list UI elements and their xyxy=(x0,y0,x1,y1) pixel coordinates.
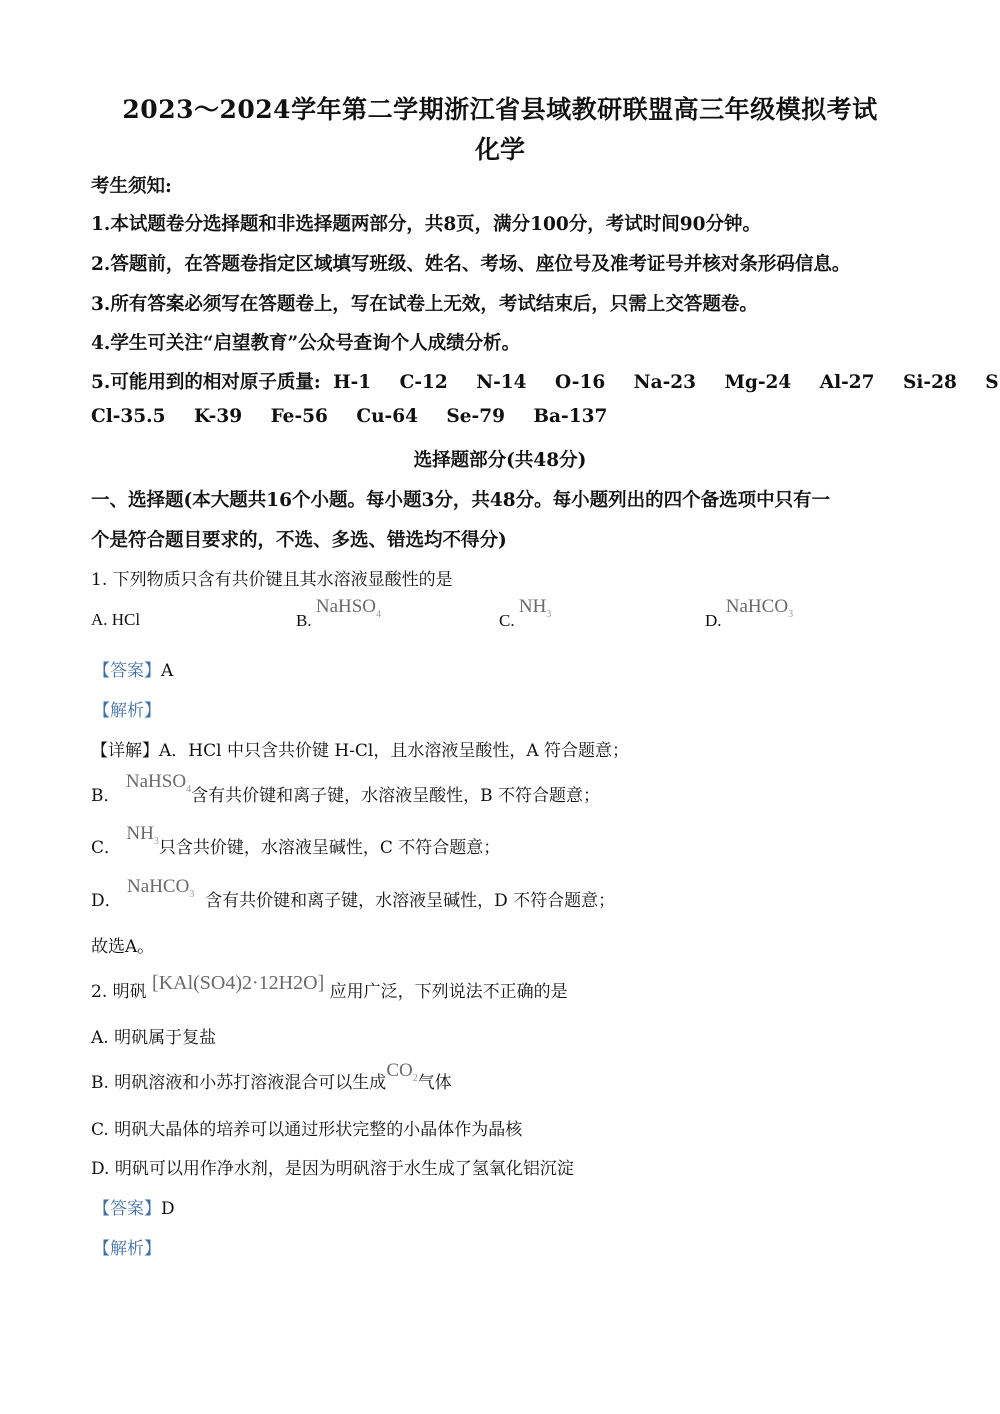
formula: NaHSO4 xyxy=(126,771,191,792)
formula: NaHCO3 xyxy=(127,876,194,897)
q1-detail-d: D． NaHCO3 含有共价键和离子键，水溶液呈碱性，D 不符合题意； xyxy=(91,886,615,914)
q1-stem: 1. 下列物质只含有共价键且其水溶液显酸性的是 xyxy=(91,565,453,590)
formula-text: NaHCO xyxy=(726,596,788,617)
q2-option-a: A. 明矾属于复盐 xyxy=(91,1023,216,1048)
formula-text: NaHCO xyxy=(127,876,189,897)
q1-detail-a: 【详解】A．HCl 中只含共价键 H-Cl，且水溶液呈酸性，A 符合题意； xyxy=(91,736,629,761)
exam-subject: 化学 xyxy=(0,130,1000,166)
answer-tag: 【答案】 xyxy=(93,661,161,681)
q2-answer: 【答案】D xyxy=(93,1194,175,1219)
q1-option-a: A. HCl xyxy=(91,610,140,630)
formula-subscript: 3 xyxy=(788,609,793,620)
formula-subscript: 3 xyxy=(546,609,551,620)
exam-page: 2023～2024学年第二学期浙江省县域教研联盟高三年级模拟考试 化学 考生须知… xyxy=(0,0,1000,1414)
q1-option-b: B. NaHSO4 xyxy=(296,610,381,634)
answer-value: A xyxy=(161,661,173,681)
atomic-mass-item: N-14 xyxy=(476,372,526,393)
q1-option-b-label: B. xyxy=(296,611,312,630)
section-instruction-line-2: 个是符合题目要求的，不选、多选、错选均不得分) xyxy=(91,526,507,552)
notice-item-2: 2.答题前，在答题卷指定区域填写班级、姓名、考场、座位号及准考证号并核对条形码信… xyxy=(91,250,850,276)
q1-option-c: C. NH3 xyxy=(499,610,551,634)
q1-option-d: D. NaHCO3 xyxy=(705,610,793,634)
q2-option-b: B. 明矾溶液和小苏打溶液混合可以生成CO2气体 xyxy=(91,1068,452,1096)
answer-value: D xyxy=(161,1199,175,1219)
formula-subscript: 3 xyxy=(154,836,159,847)
detail-text: A．HCl 中只含共价键 H-Cl，且水溶液呈酸性，A 符合题意； xyxy=(159,741,629,761)
q2-stem: 2. 明矾 [KAl(SO4)2·12H2O] 应用广泛，下列说法不正确的是 xyxy=(91,977,568,1003)
q1-detail-c: C． NH3只含共价键，水溶液呈碱性，C 不符合题意； xyxy=(91,833,500,861)
section-instruction-line-1: 一、选择题(本大题共16个小题。每小题3分，共48分。每小题列出的四个备选项中只… xyxy=(91,486,830,512)
formula-subscript: 4 xyxy=(186,784,191,795)
atomic-mass-row-1: 5.可能用到的相对原子质量: H-1 C-12 N-14 O-16 Na-23 … xyxy=(91,368,1000,394)
detail-label: B． xyxy=(91,786,121,806)
q2-stem-suffix: 应用广泛，下列说法不正确的是 xyxy=(330,982,568,1002)
option-text: B. 明矾溶液和小苏打溶液混合可以生成 xyxy=(91,1073,386,1093)
q1-conclusion: 故选A。 xyxy=(91,932,154,957)
atomic-mass-item: K-39 xyxy=(194,406,242,427)
atomic-mass-item: Si-28 xyxy=(903,372,957,393)
q2-option-d: D. 明矾可以用作净水剂，是因为明矾溶于水生成了氢氧化铝沉淀 xyxy=(91,1154,574,1179)
q2-stem-prefix: 2. 明矾 xyxy=(91,982,147,1002)
formula: NH3 xyxy=(126,823,158,844)
section-title: 选择题部分(共48分) xyxy=(0,446,1000,472)
atomic-mass-item: Se-79 xyxy=(446,406,505,427)
exam-title: 2023～2024学年第二学期浙江省县域教研联盟高三年级模拟考试 xyxy=(0,90,1000,126)
q1-detail-b: B． NaHSO4含有共价键和离子键，水溶液呈酸性，B 不符合题意； xyxy=(91,781,600,809)
formula-text: NaHSO xyxy=(316,596,376,617)
detail-tag: 【详解】 xyxy=(91,741,159,761)
atomic-mass-item: Fe-56 xyxy=(271,406,328,427)
formula-subscript: 3 xyxy=(189,889,194,900)
atomic-mass-item: Mg-24 xyxy=(724,372,791,393)
atomic-mass-row-2: Cl-35.5 K-39 Fe-56 Cu-64 Se-79 Ba-137 xyxy=(91,406,629,427)
formula-text: NH xyxy=(126,823,153,844)
notice-heading: 考生须知: xyxy=(91,172,172,198)
atomic-mass-item: Ba-137 xyxy=(533,406,607,427)
answer-tag: 【答案】 xyxy=(93,1199,161,1219)
atomic-mass-label: 5.可能用到的相对原子质量: xyxy=(91,372,321,393)
atomic-mass-item: H-1 xyxy=(333,372,371,393)
notice-item-1: 1.本试题卷分选择题和非选择题两部分，共8页，满分100分，考试时间90分钟。 xyxy=(91,210,761,236)
atomic-mass-item: C-12 xyxy=(400,372,448,393)
formula-subscript: 4 xyxy=(376,609,381,620)
q1-option-d-label: D. xyxy=(705,611,722,630)
atomic-mass-item: Al-27 xyxy=(820,372,875,393)
detail-text: 含有共价键和离子键，水溶液呈碱性，D 不符合题意； xyxy=(205,891,615,911)
notice-item-3: 3.所有答案必须写在答题卷上，写在试卷上无效，考试结束后，只需上交答题卷。 xyxy=(91,290,758,316)
notice-item-4: 4.学生可关注“启望教育”公众号查询个人成绩分析。 xyxy=(91,329,520,355)
detail-label: C． xyxy=(91,838,121,858)
detail-text: 含有共价键和离子键，水溶液呈酸性，B 不符合题意； xyxy=(191,786,600,806)
q1-option-b-formula: NaHSO4 xyxy=(316,596,381,617)
q1-option-c-label: C. xyxy=(499,611,515,630)
q2-analysis-tag: 【解析】 xyxy=(93,1234,161,1259)
q1-answer: 【答案】A xyxy=(93,656,173,681)
option-text: 气体 xyxy=(418,1073,452,1093)
formula-text: NH xyxy=(519,596,546,617)
formula: CO2 xyxy=(386,1060,417,1081)
atomic-mass-item: O-16 xyxy=(555,372,605,393)
atomic-mass-item: Cl-35.5 xyxy=(91,406,166,427)
atomic-mass-item: Na-23 xyxy=(634,372,696,393)
detail-label: D． xyxy=(91,891,122,911)
q2-option-c: C. 明矾大晶体的培养可以通过形状完整的小晶体作为晶核 xyxy=(91,1115,522,1140)
formula-text: NaHSO xyxy=(126,771,186,792)
atomic-mass-item: S-32 xyxy=(985,372,1000,393)
q1-option-c-formula: NH3 xyxy=(519,596,551,617)
q1-option-d-formula: NaHCO3 xyxy=(726,596,793,617)
q2-formula: [KAl(SO4)2·12H2O] xyxy=(152,972,324,994)
formula-text: CO xyxy=(386,1060,412,1081)
atomic-mass-item: Cu-64 xyxy=(356,406,418,427)
q1-analysis-tag: 【解析】 xyxy=(93,696,161,721)
formula-subscript: 2 xyxy=(413,1073,418,1084)
detail-text: 只含共价键，水溶液呈碱性，C 不符合题意； xyxy=(159,838,500,858)
